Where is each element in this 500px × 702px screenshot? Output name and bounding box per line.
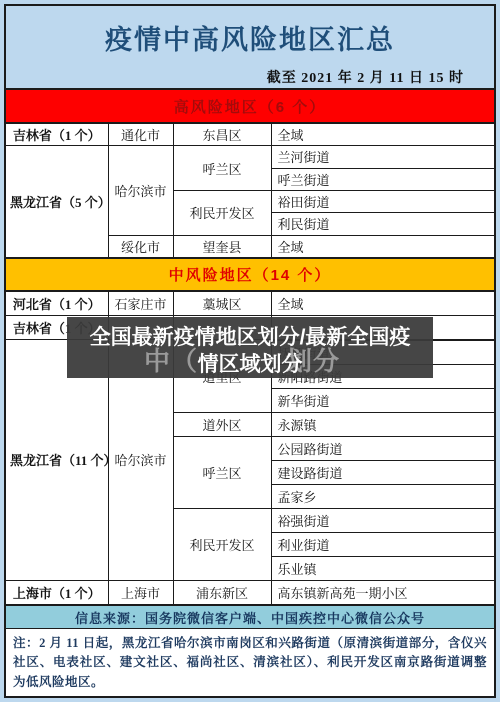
province-cell: 河北省（1 个） (6, 292, 108, 316)
area-cell: 全域 (271, 292, 494, 316)
area-cell: 建设路街道 (271, 461, 494, 485)
high-risk-band: 高风险地区（6 个） (6, 90, 494, 123)
area-cell: 呼兰街道 (271, 168, 494, 190)
district-cell: 望奎县 (173, 235, 271, 257)
table-row: 上海市（1 个） 上海市 浦东新区 高东镇新高苑一期小区 (6, 581, 494, 605)
area-cell: 新华街道 (271, 389, 494, 413)
area-cell: 利民街道 (271, 213, 494, 235)
table-row: 黑龙江省（5 个） 哈尔滨市 呼兰区 兰河街道 (6, 146, 494, 168)
city-cell: 哈尔滨市 (108, 146, 173, 235)
city-cell: 通化市 (108, 124, 173, 146)
table-row: 吉林省（1 个） 通化市 东昌区 全域 (6, 124, 494, 146)
province-cell: 上海市（1 个） (6, 581, 108, 605)
area-cell: 乐业镇 (271, 557, 494, 581)
district-cell: 利民开发区 (173, 509, 271, 581)
header: 疫情中高风险地区汇总 截至 2021 年 2 月 11 日 15 时 (6, 6, 494, 90)
district-cell: 利民开发区 (173, 190, 271, 235)
high-risk-table: 吉林省（1 个） 通化市 东昌区 全域 黑龙江省（5 个） 哈尔滨市 呼兰区 兰… (6, 123, 494, 258)
area-cell: 永源镇 (271, 413, 494, 437)
district-cell: 东昌区 (173, 124, 271, 146)
province-cell: 吉林省（1 个） (6, 124, 108, 146)
district-cell: 呼兰区 (173, 437, 271, 509)
info-source-band: 信息来源：国务院微信客户端、中国疾控中心微信公众号 (6, 605, 494, 629)
city-cell: 上海市 (108, 581, 173, 605)
district-cell: 道外区 (173, 413, 271, 437)
footnote: 注：2 月 11 日起，黑龙江省哈尔滨市南岗区和兴路街道（原清滨街道部分，含仪兴… (6, 629, 494, 696)
area-cell: 利业街道 (271, 533, 494, 557)
district-cell: 藁城区 (173, 292, 271, 316)
district-cell: 呼兰区 (173, 146, 271, 191)
overlay-caption-line2: 情区域划分 (67, 348, 433, 378)
area-cell: 孟家乡 (271, 485, 494, 509)
overlay-caption-line1: 全国最新疫情地区划分/最新全国疫 (67, 321, 433, 351)
area-cell: 高东镇新高苑一期小区 (271, 581, 494, 605)
district-cell: 浦东新区 (173, 581, 271, 605)
caption-overlay: 中（ 划分 全国最新疫情地区划分/最新全国疫 情区域划分 (67, 317, 433, 378)
city-cell: 绥化市 (108, 235, 173, 257)
area-cell: 裕强街道 (271, 509, 494, 533)
province-cell: 黑龙江省（5 个） (6, 146, 108, 258)
poster-frame: 疫情中高风险地区汇总 截至 2021 年 2 月 11 日 15 时 高风险地区… (0, 0, 500, 702)
area-cell: 兰河街道 (271, 146, 494, 168)
medium-risk-band: 中风险地区（14 个） (6, 258, 494, 291)
area-cell: 公园路街道 (271, 437, 494, 461)
city-cell: 石家庄市 (108, 292, 173, 316)
area-cell: 全域 (271, 235, 494, 257)
page-title: 疫情中高风险地区汇总 (6, 18, 494, 57)
area-cell: 裕田街道 (271, 190, 494, 212)
table-row: 河北省（1 个） 石家庄市 藁城区 全域 (6, 292, 494, 316)
area-cell: 全域 (271, 124, 494, 146)
as-of-date: 截至 2021 年 2 月 11 日 15 时 (6, 67, 494, 87)
